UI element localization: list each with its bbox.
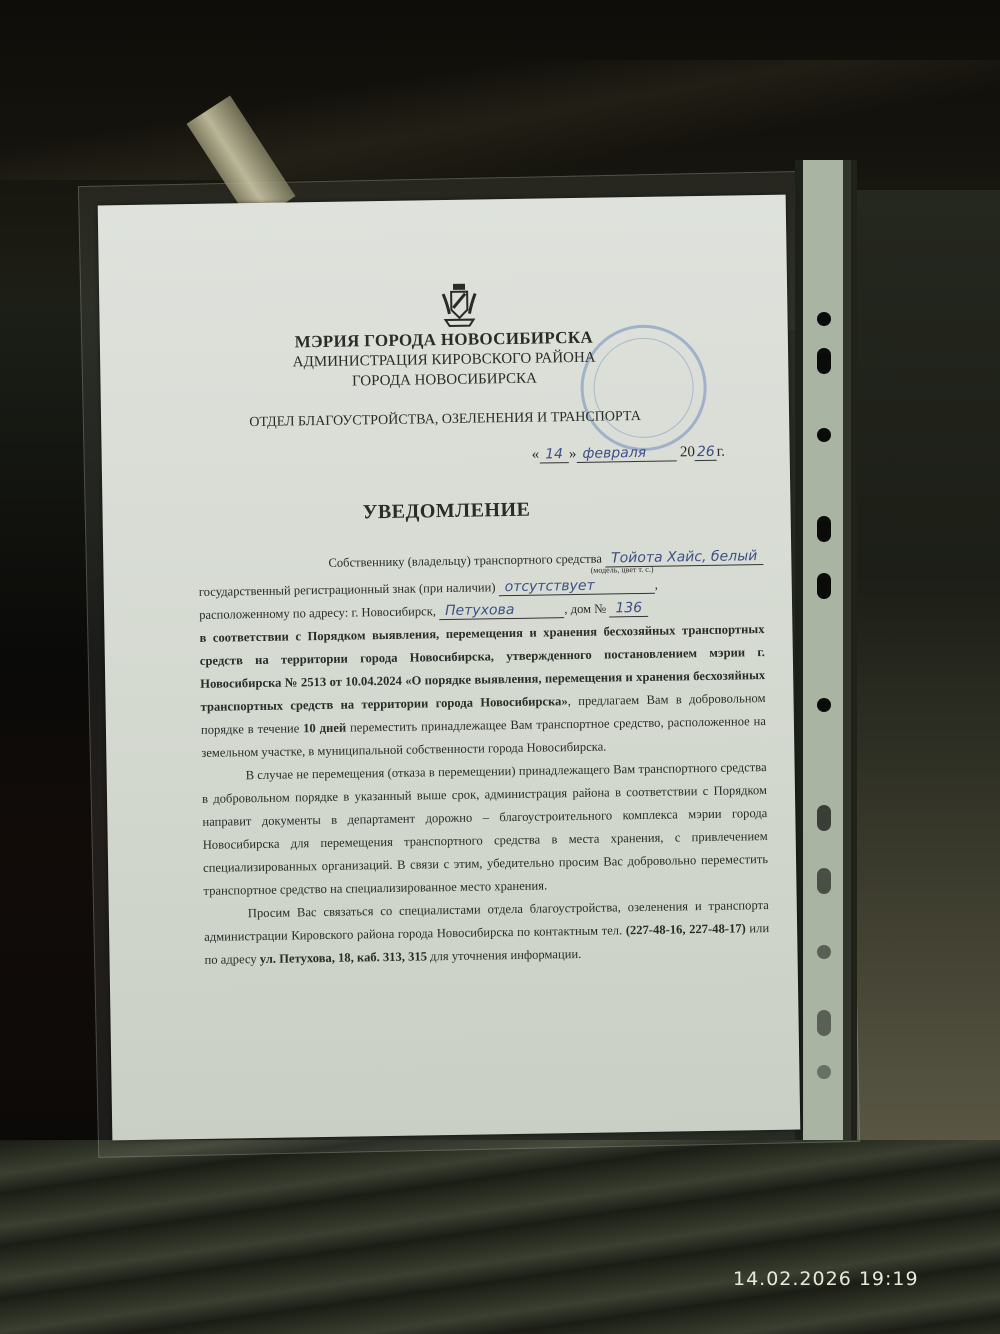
address-label: расположенному по адресу: г. Новосибирск… (199, 604, 436, 622)
document-body: Собственнику (владельцу) транспортного с… (198, 545, 769, 972)
house-field: 136 (609, 600, 648, 618)
date-year-prefix: 20 (680, 444, 695, 460)
punch-hole (817, 348, 831, 374)
punch-hole (817, 945, 831, 959)
punch-hole (817, 1065, 831, 1079)
punch-hole (817, 428, 831, 442)
para3-text-a: Просим Вас связаться со специалистами от… (204, 898, 769, 944)
punch-hole (817, 312, 831, 326)
date-month: февраля (576, 444, 676, 463)
paragraph-1: в соответствии с Порядком выявления, пер… (199, 618, 766, 765)
date-year-suffix: 26 (695, 444, 717, 461)
contact-phones: (227-48-16, 227-48-17) (626, 921, 746, 937)
date-quote: « (532, 447, 540, 463)
deadline-days: 10 дней (303, 721, 346, 736)
owner-label: Собственнику (владельцу) транспортного с… (328, 552, 602, 570)
sleeve-punched-strip (795, 160, 857, 1140)
plate-field: отсутствует (499, 577, 655, 596)
punch-hole (817, 1010, 831, 1036)
punch-hole (817, 698, 831, 712)
contact-address: ул. Петухова, 18, каб. 313, 315 (260, 949, 427, 966)
street-field: Петухова (439, 601, 565, 620)
paragraph-2: В случае не перемещения (отказа в переме… (201, 756, 768, 903)
coat-of-arms-icon (439, 281, 480, 330)
para3-text-c: для уточнения информации. (427, 947, 582, 963)
background-bottom (0, 1140, 1000, 1334)
punch-hole (817, 516, 831, 542)
photo-timestamp: 14.02.2026 19:19 (733, 1268, 919, 1290)
punch-hole (817, 805, 831, 831)
date-suffix: г. (717, 444, 725, 460)
paragraph-3: Просим Вас связаться со специалистами от… (204, 894, 770, 972)
punch-hole (817, 573, 831, 599)
document-date: «14»февраля 2026г. (532, 444, 726, 464)
date-day: 14 (539, 446, 569, 463)
notice-document: МЭРИЯ ГОРОДА НОВОСИБИРСКА АДМИНИСТРАЦИЯ … (98, 195, 801, 1141)
document-title: УВЕДОМЛЕНИЕ (102, 495, 790, 529)
date-quote: » (569, 446, 577, 462)
punch-hole (817, 868, 831, 894)
house-label: , дом № (564, 602, 606, 617)
plate-label: государственный регистрационный знак (пр… (199, 580, 496, 599)
